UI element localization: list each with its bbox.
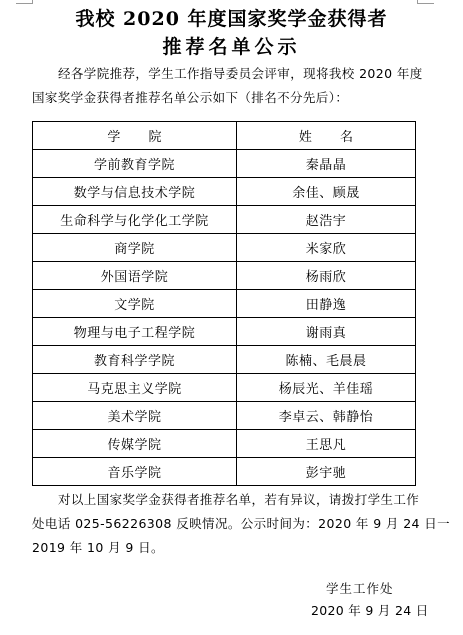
college-cell: 生命科学与化学化工学院 — [33, 206, 237, 234]
outro-line-1: 对以上国家奖学金获得者推荐名单，若有异议，请拨打学生工作 — [32, 488, 417, 512]
names-cell: 李卓云、韩静怡 — [237, 402, 416, 430]
table-row: 传媒学院王思凡 — [33, 430, 416, 458]
document-title: 我校 2020 年度国家奖学金获得者 — [0, 8, 463, 30]
objection-paragraph: 对以上国家奖学金获得者推荐名单，若有异议，请拨打学生工作 处电话 025-562… — [32, 488, 417, 560]
table-row: 马克思主义学院杨辰光、羊佳瑶 — [33, 374, 416, 402]
names-cell: 米家欣 — [237, 234, 416, 262]
table-row: 教育科学学院陈楠、毛晨晨 — [33, 346, 416, 374]
college-cell: 传媒学院 — [33, 430, 237, 458]
table-row: 学前教育学院秦晶晶 — [33, 150, 416, 178]
college-cell: 马克思主义学院 — [33, 374, 237, 402]
table-row: 美术学院李卓云、韩静怡 — [33, 402, 416, 430]
signature-date: 2020 年 9 月 24 日 — [311, 600, 429, 622]
table-row: 物理与电子工程学院谢雨真 — [33, 318, 416, 346]
document-subtitle: 推荐名单公示 — [0, 36, 463, 58]
college-cell: 商学院 — [33, 234, 237, 262]
college-cell: 音乐学院 — [33, 458, 237, 486]
header-college: 学 院 — [33, 122, 237, 150]
intro-line-2: 国家奖学金获得者推荐名单公示如下（排名不分先后）： — [32, 86, 417, 110]
table-row: 生命科学与化学化工学院赵浩宇 — [33, 206, 416, 234]
outro-line-2: 处电话 025-56226308 反映情况。公示时间为：2020 年 9 月 2… — [32, 512, 417, 536]
college-cell: 文学院 — [33, 290, 237, 318]
page-corner-mark-top-left — [16, 0, 33, 4]
signature-organization: 学生工作处 — [326, 578, 394, 600]
table-row: 商学院米家欣 — [33, 234, 416, 262]
outro-line-3: 2019 年 10 月 9 日。 — [32, 536, 417, 560]
intro-paragraph: 经各学院推荐，学生工作指导委员会评审，现将我校 2020 年度 国家奖学金获得者… — [32, 62, 417, 110]
college-cell: 物理与电子工程学院 — [33, 318, 237, 346]
college-cell: 外国语学院 — [33, 262, 237, 290]
table-row: 文学院田静逸 — [33, 290, 416, 318]
college-cell: 美术学院 — [33, 402, 237, 430]
page-corner-mark-top-right — [417, 0, 434, 4]
college-cell: 教育科学学院 — [33, 346, 237, 374]
names-cell: 田静逸 — [237, 290, 416, 318]
names-cell: 谢雨真 — [237, 318, 416, 346]
names-cell: 赵浩宇 — [237, 206, 416, 234]
names-cell: 杨辰光、羊佳瑶 — [237, 374, 416, 402]
names-cell: 秦晶晶 — [237, 150, 416, 178]
college-cell: 学前教育学院 — [33, 150, 237, 178]
names-cell: 彭宇驰 — [237, 458, 416, 486]
names-cell: 杨雨欣 — [237, 262, 416, 290]
college-cell: 数学与信息技术学院 — [33, 178, 237, 206]
awards-table: 学 院 姓 名 学前教育学院秦晶晶 数学与信息技术学院余佳、顾晟 生命科学与化学… — [32, 121, 416, 486]
names-cell: 余佳、顾晟 — [237, 178, 416, 206]
table-row: 外国语学院杨雨欣 — [33, 262, 416, 290]
intro-line-1: 经各学院推荐，学生工作指导委员会评审，现将我校 2020 年度 — [32, 62, 417, 86]
table-header-row: 学 院 姓 名 — [33, 122, 416, 150]
table-row: 音乐学院彭宇驰 — [33, 458, 416, 486]
names-cell: 王思凡 — [237, 430, 416, 458]
header-name: 姓 名 — [237, 122, 416, 150]
table-row: 数学与信息技术学院余佳、顾晟 — [33, 178, 416, 206]
names-cell: 陈楠、毛晨晨 — [237, 346, 416, 374]
